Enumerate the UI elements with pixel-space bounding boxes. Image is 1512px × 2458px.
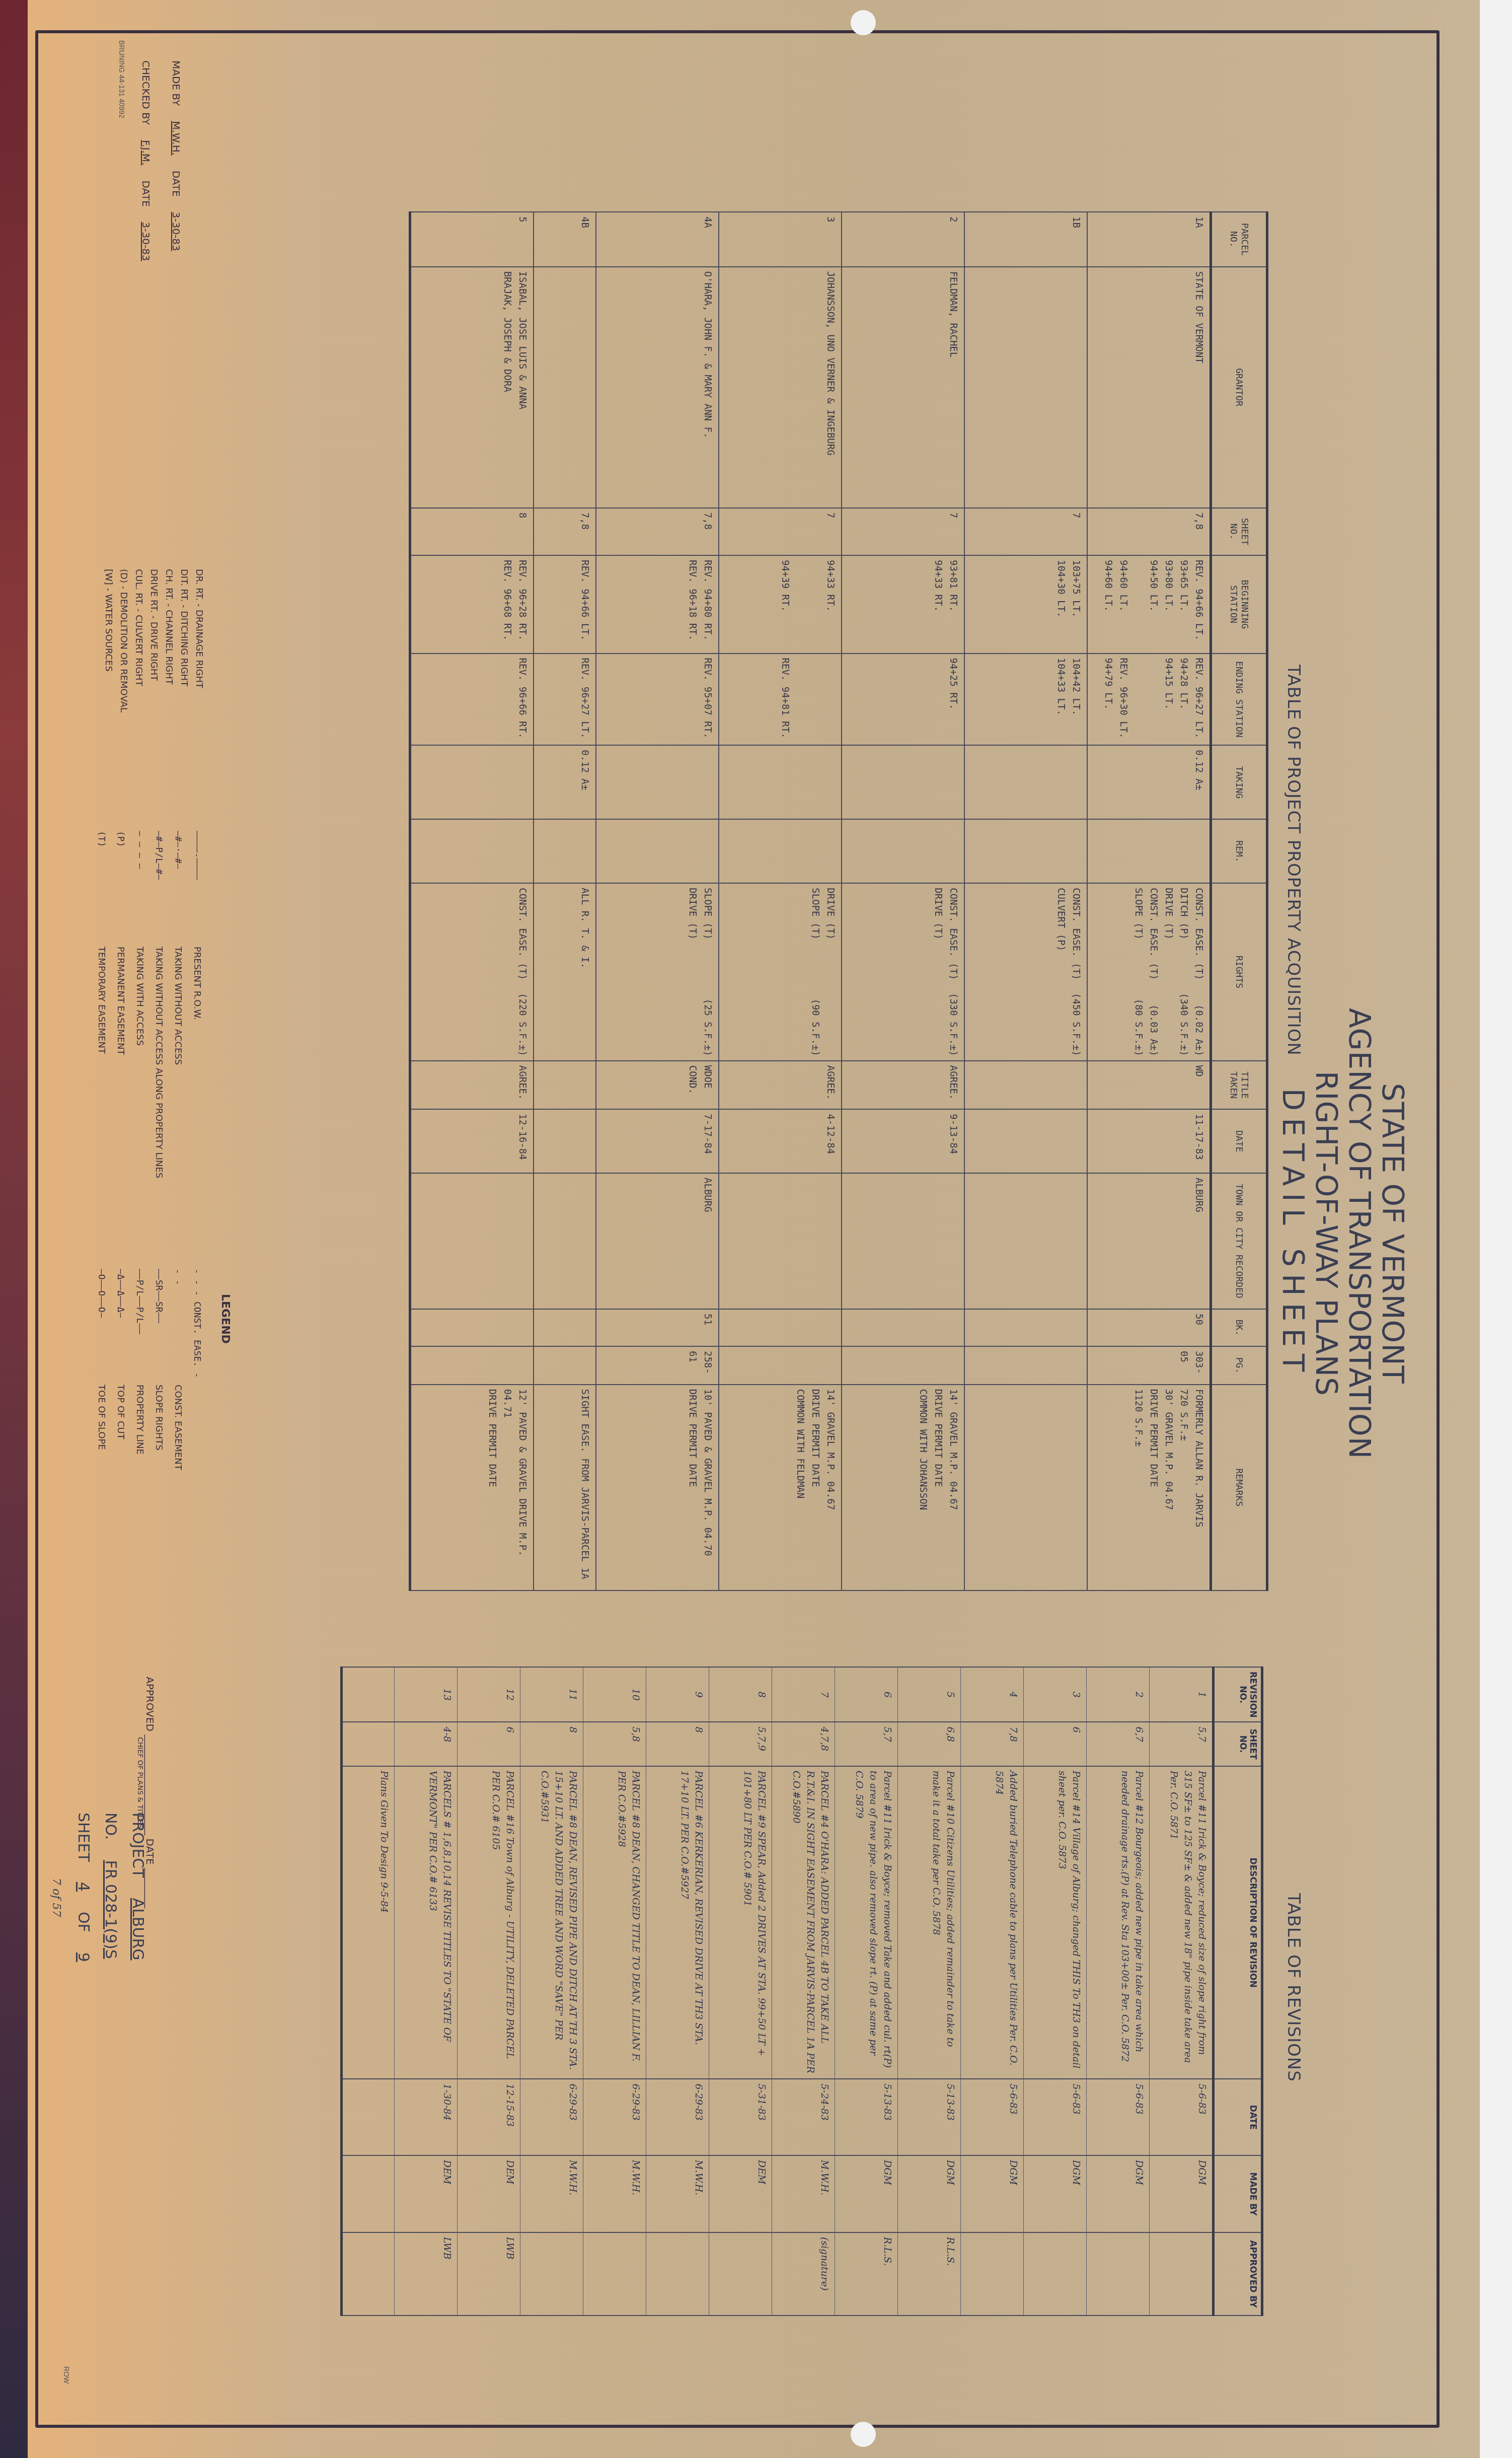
cell-desc: Parcel #11 Irick & Boyce; removed Take a… xyxy=(835,1766,898,2079)
cell-town xyxy=(842,1173,964,1309)
col-date: DATE xyxy=(1211,1109,1267,1173)
cell-pg xyxy=(534,1346,596,1385)
legend: LEGEND DR. RT. - DRAINAGE RIGHT DIT. RT.… xyxy=(35,237,206,1596)
cell-sheet: 6 xyxy=(458,1722,520,1766)
table-row: 1B7103+75 LT. 104+30 LT.104+42 LT. 104+3… xyxy=(964,212,1087,1591)
rights-line: ALL R. T. & I. xyxy=(577,888,592,1056)
cell-end: REV. 94+81 RT. xyxy=(719,654,842,746)
cell-rem xyxy=(719,819,842,883)
cell-made: M.W.H. xyxy=(583,2155,646,2232)
cell-approved xyxy=(583,2232,646,2316)
legend-abbr: (D) - DEMOLITION OR REMOVAL xyxy=(116,569,131,712)
cell-grantor: O'HARA, JOHN F. & MARY ANN F. xyxy=(596,267,719,508)
cell-approved xyxy=(520,2232,583,2316)
legend-entry: — — — —TAKING WITH ACCESS xyxy=(130,831,149,1178)
legend-symbol: - - - CONST. EASE. - - - xyxy=(168,1269,206,1385)
table-header-row: REVISION NO. SHEET NO. DESCRIPTION OF RE… xyxy=(1214,1667,1262,2316)
cell-rights: ALL R. T. & I. xyxy=(534,883,596,1061)
col-parcel: PARCEL NO. xyxy=(1211,212,1267,267)
right-area: (80 S.F.±) xyxy=(1131,998,1146,1056)
legend-symbol: ————-———— xyxy=(187,831,206,947)
title-line: AGENCY OF TRANSPORTATION xyxy=(1343,1007,1376,1460)
cell-approved xyxy=(709,2232,772,2316)
cell-rem xyxy=(964,819,1087,883)
right-area: (0.03 A±) xyxy=(1146,1004,1161,1056)
col-revision-no: REVISION NO. xyxy=(1214,1667,1262,1722)
cell-bk xyxy=(842,1309,964,1346)
cell-no: 13 xyxy=(395,1667,458,1722)
legend-abbr: [W] - WATER SOURCES xyxy=(101,569,116,712)
legend-symbol: —#—·—#— xyxy=(168,831,187,947)
legend-label: TEMPORARY EASEMENT xyxy=(96,947,107,1054)
cell-date: 7-17-84 xyxy=(596,1109,719,1173)
cell-desc: Parcel #12 Bourgeois; added new pipe in … xyxy=(1087,1766,1150,2079)
cell-sheet: 5,8 xyxy=(583,1722,646,1766)
cell-date: 1-30-84 xyxy=(395,2079,458,2155)
cell-date: 5-24-83 xyxy=(772,2079,835,2155)
col-rights: RIGHTS xyxy=(1211,883,1267,1061)
cell-begin: 103+75 LT. 104+30 LT. xyxy=(964,555,1087,654)
right-type: DRIVE (T) xyxy=(823,888,838,939)
cell-grantor xyxy=(964,267,1087,508)
col-sheet: SHEET NO. xyxy=(1211,508,1267,555)
cell-rights: CONST. EASE. (T)(220 S.F.±) xyxy=(410,883,534,1061)
cell-grantor: FELDMAN, RACHEL xyxy=(842,267,964,508)
cell-taking xyxy=(410,745,534,819)
cell-approved: (signature) xyxy=(772,2232,835,2316)
rights-line: CULVERT (P) xyxy=(1053,888,1069,1056)
title-line: RIGHT-OF-WAY PLANS xyxy=(1310,1007,1343,1460)
cell-no: 3 xyxy=(1024,1667,1087,1722)
rights-line: DITCH (P)(340 S.F.±) xyxy=(1176,888,1191,1056)
cell-approved xyxy=(342,2232,395,2316)
cell-pg xyxy=(719,1346,842,1385)
rights-line: SLOPE (T)(25 S.F.±) xyxy=(700,888,715,1056)
cell-pg xyxy=(842,1346,964,1385)
cell-remarks: 14' GRAVEL M.P. 04.67 DRIVE PERMIT DATE … xyxy=(719,1385,842,1591)
legend-entry: ——P/L——P/L——PROPERTY LINE xyxy=(130,1269,149,1470)
legend-symbol: ——SR——SR—— xyxy=(149,1269,168,1385)
title-block: STATE OF VERMONT AGENCY OF TRANSPORTATIO… xyxy=(1276,1007,1409,1460)
cell-parcel: 4B xyxy=(534,212,596,267)
title-line: DETAIL SHEET xyxy=(1276,1007,1310,1460)
cell-approved xyxy=(1150,2232,1214,2316)
right-type: CONST. EASE. (T) xyxy=(515,888,530,980)
cell-approved: LWB xyxy=(395,2232,458,2316)
cell-made: DGM xyxy=(898,2155,961,2232)
cell-approved: LWB xyxy=(458,2232,520,2316)
legend-symbol: (P) xyxy=(111,831,130,947)
cell-sheet: 8 xyxy=(646,1722,709,1766)
rights-line: SLOPE (T)(80 S.F.±) xyxy=(1131,888,1146,1056)
cell-sheet: 6,8 xyxy=(898,1722,961,1766)
cell-end: REV. 95+07 RT. xyxy=(596,654,719,746)
legend-entry: —#—P/L—#—TAKING WITHOUT ACCESS ALONG PRO… xyxy=(149,831,168,1178)
legend-label: TOE OF SLOPE xyxy=(96,1385,107,1450)
table-row: 2FELDMAN, RACHEL793+81 RT. 94+33 RT.94+2… xyxy=(842,212,964,1591)
cell-date: 6-29-83 xyxy=(646,2079,709,2155)
cell-sheet: 7,8 xyxy=(534,508,596,555)
legend-symbol: — — — — xyxy=(130,831,149,947)
legend-entry: ——SR——SR——SLOPE RIGHTS xyxy=(149,1269,168,1470)
cell-no: 5 xyxy=(898,1667,961,1722)
cell-rem xyxy=(596,819,719,883)
table-row: 85,7,9PARCEL #9 SPEAR, Added 2 DRIVES AT… xyxy=(709,1667,772,2316)
cell-date: 11-17-83 xyxy=(1087,1109,1211,1173)
right-area: (340 S.F.±) xyxy=(1176,993,1191,1056)
made-date-label: DATE xyxy=(170,171,182,197)
cell-sheet: 7 xyxy=(964,508,1087,555)
cell-desc: PARCEL #16 Town of Alburg - UTILITY, DEL… xyxy=(458,1766,520,2079)
legend-label: TAKING WITH ACCESS xyxy=(134,947,145,1046)
cell-town xyxy=(964,1173,1087,1309)
cell-grantor: STATE OF VERMONT xyxy=(1087,267,1211,508)
right-type: DRIVE (T) xyxy=(931,888,946,939)
legend-abbr: DR. RT. - DRAINAGE RIGHT xyxy=(191,569,206,712)
total-alt: 57 xyxy=(50,1903,62,1917)
cell-no: 11 xyxy=(520,1667,583,1722)
cell-bk: 50 xyxy=(1087,1309,1211,1346)
table-row: 118PARCEL #8 DEAN, REVISED PIPE AND DITC… xyxy=(520,1667,583,2316)
cell-taking xyxy=(842,745,964,819)
sheet-alt: 7 xyxy=(50,1878,62,1885)
cell-approved xyxy=(1087,2232,1150,2316)
cell-grantor: JOHANSSON, UNO VERNER & INGEBURG xyxy=(719,267,842,508)
legend-entry: (P)PERMANENT EASEMENT xyxy=(111,831,130,1178)
cell-rights: CONST. EASE. (T)(450 S.F.±)CULVERT (P) xyxy=(964,883,1087,1061)
col-grantor: GRANTOR xyxy=(1211,267,1267,508)
table-row: 98PARCEL #6 KERKERIAN, REVISED DRIVE AT … xyxy=(646,1667,709,2316)
cell-pg xyxy=(410,1346,534,1385)
cell-remarks xyxy=(964,1385,1087,1591)
cell-sheet: 8 xyxy=(520,1722,583,1766)
table-row: 3JOHANSSON, UNO VERNER & INGEBURG794+33 … xyxy=(719,212,842,1591)
right-type: CONST. EASE. (T) xyxy=(1191,888,1206,980)
right-type: CONST. EASE. (T) xyxy=(946,888,961,980)
col-date: DATE xyxy=(1214,2079,1262,2155)
legend-label: CONST. EASEMENT xyxy=(173,1385,183,1470)
table-row: Plans Given To Design 9-5-84 xyxy=(342,1667,395,2316)
cell-made: DEM xyxy=(709,2155,772,2232)
cell-title-taken: AGREE. xyxy=(719,1061,842,1109)
scan-edge xyxy=(0,0,28,2458)
table-row: 126PARCEL #16 Town of Alburg - UTILITY, … xyxy=(458,1667,520,2316)
cell-approved: R.L.S. xyxy=(898,2232,961,2316)
legend-label: TOP OF CUT xyxy=(115,1385,126,1439)
cell-date: 5-6-83 xyxy=(961,2079,1024,2155)
sheet-no: 4 xyxy=(74,1862,92,1912)
cell-desc: PARCELS # 1,6,8,10,14 REVISE TITLES TO "… xyxy=(395,1766,458,2079)
acquisition-table-title: TABLE OF PROJECT PROPERTY ACQUISITION xyxy=(1283,665,1304,1056)
cell-date: 9-13-84 xyxy=(842,1109,964,1173)
cell-date: 5-6-83 xyxy=(1087,2079,1150,2155)
cell-rights: CONST. EASE. (T)(330 S.F.±)DRIVE (T) xyxy=(842,883,964,1061)
col-approved-by: APPROVED BY xyxy=(1214,2232,1262,2316)
cell-no: 6 xyxy=(835,1667,898,1722)
legend-entry: —O——O——O—TOE OF SLOPE xyxy=(92,1269,111,1470)
legend-label: PRESENT R.O.W. xyxy=(192,947,202,1020)
right-type: CONST. EASE. (T) xyxy=(1069,888,1084,980)
right-type: ALL R. T. & I. xyxy=(577,888,592,968)
cell-desc: Parcel #10 Citizens Utilities; added rem… xyxy=(898,1766,961,2079)
cell-taking: 0.12 A± xyxy=(1087,745,1211,819)
right-type: DRIVE (T) xyxy=(685,888,700,939)
punch-hole xyxy=(851,2422,876,2447)
cell-taking xyxy=(596,745,719,819)
of-label: OF xyxy=(74,1912,92,1932)
cell-made: M.W.H. xyxy=(646,2155,709,2232)
right-type: DRIVE (T) xyxy=(1161,888,1176,939)
right-type: SLOPE (T) xyxy=(808,888,823,939)
cell-taking: 0.12 A± xyxy=(534,745,596,819)
legend-label: TAKING WITHOUT ACCESS xyxy=(173,947,183,1065)
footer-code: ROW xyxy=(62,2366,70,2383)
of-alt: of xyxy=(50,1889,62,1899)
legend-entry: —Δ——Δ——Δ—TOP OF CUT xyxy=(111,1269,130,1470)
right-area: (330 S.F.±) xyxy=(946,993,961,1056)
cell-end: 104+42 LT. 104+33 LT. xyxy=(964,654,1087,746)
approved-label: APPROVED xyxy=(144,1677,156,1731)
cell-begin: 94+33 RT. 94+39 RT. xyxy=(719,555,842,654)
cell-end: REV. 96+27 LT. 94+28 LT. 94+15 LT. REV. … xyxy=(1087,654,1211,746)
cell-title-taken: WDOE COND. xyxy=(596,1061,719,1109)
cell-made: DGM xyxy=(961,2155,1024,2232)
cell-sheet: 4,7,8 xyxy=(772,1722,835,1766)
cell-no: 4 xyxy=(961,1667,1024,1722)
cell-made: M.W.H. xyxy=(772,2155,835,2232)
legend-label: SLOPE RIGHTS xyxy=(154,1385,164,1451)
cell-no: 8 xyxy=(709,1667,772,1722)
table-row: 74,7,8PARCEL #4 O'HARA: ADDED PARCEL 4B … xyxy=(772,1667,835,2316)
cell-pg: 258-61 xyxy=(596,1346,719,1385)
table-row: 105,8PARCEL #8 DEAN, CHANGED TITLE TO DE… xyxy=(583,1667,646,2316)
legend-label: PROPERTY LINE xyxy=(134,1385,145,1455)
legend-line-types-right: - - - CONST. EASE. - - -CONST. EASEMENT—… xyxy=(92,1269,206,1470)
legend-abbr: DIT. RT. - DITCHING RIGHT xyxy=(176,569,191,712)
col-taking: TAKING xyxy=(1211,745,1267,819)
cell-date: 5-6-83 xyxy=(1024,2079,1087,2155)
cell-desc: PARCEL #8 DEAN, CHANGED TITLE TO DEAN, L… xyxy=(583,1766,646,2079)
cell-no: 1 xyxy=(1150,1667,1214,1722)
cell-end: 94+25 RT. xyxy=(842,654,964,746)
revisions-table-title: TABLE OF REVISIONS xyxy=(1283,1893,1304,2082)
cell-begin: REV. 94+80 RT. REV. 96+18 RT. xyxy=(596,555,719,654)
rights-line: CONST. EASE. (T)(220 S.F.±) xyxy=(515,888,530,1056)
col-title-taken: TITLE TAKEN xyxy=(1211,1061,1267,1109)
right-type: CONST. EASE. (T) xyxy=(1146,888,1161,980)
cell-desc: Added buried Telephone cable to plans pe… xyxy=(961,1766,1024,2079)
table-row: 5ISABAL, JOSE LUIS & ANNA BRAJAK, JOSEPH… xyxy=(410,212,534,1591)
cell-date xyxy=(342,2079,395,2155)
rights-line: CONST. EASE. (T)(450 S.F.±) xyxy=(1069,888,1084,1056)
cell-desc: Parcel #14 Village of Alburg; changed TH… xyxy=(1024,1766,1087,2079)
cell-rem xyxy=(1087,819,1211,883)
cell-made xyxy=(342,2155,395,2232)
cell-title-taken: AGREE. xyxy=(410,1061,534,1109)
cell-sheet: 7,8 xyxy=(1087,508,1211,555)
cell-bk xyxy=(534,1309,596,1346)
legend-label: TAKING WITHOUT ACCESS ALONG PROPERTY LIN… xyxy=(154,947,164,1178)
cell-pg: 303-05 xyxy=(1087,1346,1211,1385)
cell-taking xyxy=(719,745,842,819)
project-label: PROJECT xyxy=(129,1813,146,1878)
cell-approved xyxy=(961,2232,1024,2316)
cell-end: REV. 96+66 RT. xyxy=(410,654,534,746)
cell-no: 10 xyxy=(583,1667,646,1722)
cell-date: 5-13-83 xyxy=(898,2079,961,2155)
cell-town xyxy=(410,1173,534,1309)
project-name: ALBURG xyxy=(129,1878,146,1981)
col-remarks: REMARKS xyxy=(1211,1385,1267,1591)
cell-no: 7 xyxy=(772,1667,835,1722)
legend-title: LEGEND xyxy=(219,1294,232,1344)
cell-begin: REV. 94+66 LT. 93+65 LT. 93+80 LT. 94+50… xyxy=(1087,555,1211,654)
right-area: (450 S.F.±) xyxy=(1069,993,1084,1056)
cell-remarks: 14' GRAVEL M.P. 04.67 DRIVE PERMIT DATE … xyxy=(842,1385,964,1591)
cell-sheet: 7,8 xyxy=(961,1722,1024,1766)
table-row: 65,7Parcel #11 Irick & Boyce; removed Ta… xyxy=(835,1667,898,2316)
table-row: 47,8Added buried Telephone cable to plan… xyxy=(961,1667,1024,2316)
table-row: 56,8Parcel #10 Citizens Utilities; added… xyxy=(898,1667,961,2316)
legend-symbol: ——P/L——P/L—— xyxy=(130,1269,149,1385)
rights-line: CONST. EASE. (T)(0.03 A±) xyxy=(1146,888,1161,1056)
rights-line: DRIVE (T) xyxy=(931,888,946,1056)
project-block: PROJECTALBURG NO.FR 028-1(9)S SHEET4OF9 … xyxy=(42,1813,151,1982)
right-type: SLOPE (T) xyxy=(1131,888,1146,939)
cell-made: DGM xyxy=(835,2155,898,2232)
cell-rem xyxy=(842,819,964,883)
cell-approved xyxy=(1024,2232,1087,2316)
table-row: 36Parcel #14 Village of Alburg; changed … xyxy=(1024,1667,1087,2316)
project-no: FR 028-1(9)S xyxy=(102,1840,119,1979)
cell-rights: SLOPE (T)(25 S.F.±)DRIVE (T) xyxy=(596,883,719,1061)
cell-sheet: 6,7 xyxy=(1087,1722,1150,1766)
cell-sheet: 7 xyxy=(719,508,842,555)
table-header-row: PARCEL NO. GRANTOR SHEET NO. BEGINNING S… xyxy=(1211,212,1267,1591)
cell-rem xyxy=(534,819,596,883)
cell-made: DEM xyxy=(395,2155,458,2232)
cell-sheet: 5,7 xyxy=(835,1722,898,1766)
cell-town xyxy=(534,1173,596,1309)
rights-line: DRIVE (T) xyxy=(1161,888,1176,1056)
cell-parcel: 5 xyxy=(410,212,534,267)
project-no-label: NO. xyxy=(102,1813,119,1840)
cell-parcel: 4A xyxy=(596,212,719,267)
cell-date: 4-12-84 xyxy=(719,1109,842,1173)
col-rem: REM. xyxy=(1211,819,1267,883)
cell-made: DGM xyxy=(1087,2155,1150,2232)
cell-sheet: 8 xyxy=(410,508,534,555)
legend-abbr: CUL. RT. - CULVERT RIGHT xyxy=(131,569,146,712)
cell-made: DGM xyxy=(1150,2155,1214,2232)
cell-bk: 51 xyxy=(596,1309,719,1346)
legend-label: PERMANENT EASEMENT xyxy=(115,947,126,1055)
col-pg: PG. xyxy=(1211,1346,1267,1385)
cell-parcel: 3 xyxy=(719,212,842,267)
cell-town: ALBURG xyxy=(596,1173,719,1309)
cell-bk xyxy=(410,1309,534,1346)
right-type: CULVERT (P) xyxy=(1053,888,1069,951)
col-begin: BEGINNING STATION xyxy=(1211,555,1267,654)
rights-line: DRIVE (T) xyxy=(685,888,700,1056)
cell-no: 9 xyxy=(646,1667,709,1722)
cell-date: 12-15-83 xyxy=(458,2079,520,2155)
cell-desc: PARCEL #8 DEAN, REVISED PIPE AND DITCH A… xyxy=(520,1766,583,2079)
cell-taking xyxy=(964,745,1087,819)
rights-line: CONST. EASE. (T)(330 S.F.±) xyxy=(946,888,961,1056)
legend-abbr: DRIVE RT. - DRIVE RIGHT xyxy=(146,569,161,712)
legend-abbr: CH. RT. - CHANNEL RIGHT xyxy=(161,569,176,712)
sheet-label: SHEET xyxy=(74,1813,92,1862)
legend-abbreviations: DR. RT. - DRAINAGE RIGHT DIT. RT. - DITC… xyxy=(101,569,206,712)
cell-rights: CONST. EASE. (T)(0.02 A±)DITCH (P)(340 S… xyxy=(1087,883,1211,1061)
legend-entry: ————-————PRESENT R.O.W. xyxy=(187,831,206,1178)
cell-remarks: SIGHT EASE. FROM JARVIS-PARCEL 1A xyxy=(534,1385,596,1591)
cell-date: 5-6-83 xyxy=(1150,2079,1214,2155)
legend-entry: (T)TEMPORARY EASEMENT xyxy=(92,831,111,1178)
col-town: TOWN OR CITY RECORDED xyxy=(1211,1173,1267,1309)
cell-no xyxy=(342,1667,395,1722)
cell-date: 6-29-83 xyxy=(583,2079,646,2155)
punch-hole xyxy=(851,10,876,35)
cell-date: 5-13-83 xyxy=(835,2079,898,2155)
table-row: 134-8PARCELS # 1,6,8,10,14 REVISE TITLES… xyxy=(395,1667,458,2316)
cell-desc: Parcel #11 Irick & Boyce; reduced size o… xyxy=(1150,1766,1214,2079)
cell-made: M.W.H. xyxy=(520,2155,583,2232)
table-row: 26,7Parcel #12 Bourgeois; added new pipe… xyxy=(1087,1667,1150,2316)
cell-parcel: 1B xyxy=(964,212,1087,267)
cell-sheet xyxy=(342,1722,395,1766)
cell-desc: Plans Given To Design 9-5-84 xyxy=(342,1766,395,2079)
cell-remarks: 12' PAVED & GRAVEL DRIVE M.P. 04.71 DRIV… xyxy=(410,1385,534,1591)
legend-entry: —#—·—#—TAKING WITHOUT ACCESS xyxy=(168,831,187,1178)
cell-approved xyxy=(646,2232,709,2316)
table-row: 4B7,8REV. 94+66 LT.REV. 96+27 LT.0.12 A±… xyxy=(534,212,596,1591)
legend-symbol: —Δ——Δ——Δ— xyxy=(111,1269,130,1385)
cell-sheet: 7,8 xyxy=(596,508,719,555)
cell-desc: PARCEL #4 O'HARA: ADDED PARCEL 4B TO TAK… xyxy=(772,1766,835,2079)
cell-grantor: ISABAL, JOSE LUIS & ANNA BRAJAK, JOSEPH … xyxy=(410,267,534,508)
cell-no: 2 xyxy=(1087,1667,1150,1722)
cell-sheet: 5,7,9 xyxy=(709,1722,772,1766)
legend-line-types-left: ————-————PRESENT R.O.W.—#—·—#—TAKING WIT… xyxy=(92,831,206,1178)
right-area: (90 S.F.±) xyxy=(808,998,823,1056)
cell-approved: R.L.S. xyxy=(835,2232,898,2316)
rights-line: SLOPE (T)(90 S.F.±) xyxy=(808,888,823,1056)
cell-parcel: 2 xyxy=(842,212,964,267)
col-bk: BK. xyxy=(1211,1309,1267,1346)
table-row: 15,7Parcel #11 Irick & Boyce; reduced si… xyxy=(1150,1667,1214,2316)
cell-grantor xyxy=(534,267,596,508)
col-end: ENDING STATION xyxy=(1211,654,1267,746)
title-line: STATE OF VERMONT xyxy=(1376,1007,1409,1460)
right-area: (0.02 A±) xyxy=(1191,1004,1206,1056)
rights-line: CONST. EASE. (T)(0.02 A±) xyxy=(1191,888,1206,1056)
rights-line: DRIVE (T) xyxy=(823,888,838,1056)
cell-title-taken: WD xyxy=(1087,1061,1211,1109)
cell-date xyxy=(534,1109,596,1173)
made-by-value: M.W.H. xyxy=(170,106,182,171)
drawing-sheet: BRUNING 44-131 40992 STATE OF VERMONT AG… xyxy=(0,0,1480,2458)
cell-rights: DRIVE (T)SLOPE (T)(90 S.F.±) xyxy=(719,883,842,1061)
revisions-table: REVISION NO. SHEET NO. DESCRIPTION OF RE… xyxy=(340,1667,1263,2316)
cell-title-taken xyxy=(964,1061,1087,1109)
cell-sheet: 6 xyxy=(1024,1722,1087,1766)
cell-remarks: 10' PAVED & GRAVEL M.P. 04.70 DRIVE PERM… xyxy=(596,1385,719,1591)
cell-sheet: 7 xyxy=(842,508,964,555)
cell-begin: REV. 94+66 LT. xyxy=(534,555,596,654)
checked-by-label: CHECKED BY xyxy=(140,60,152,125)
